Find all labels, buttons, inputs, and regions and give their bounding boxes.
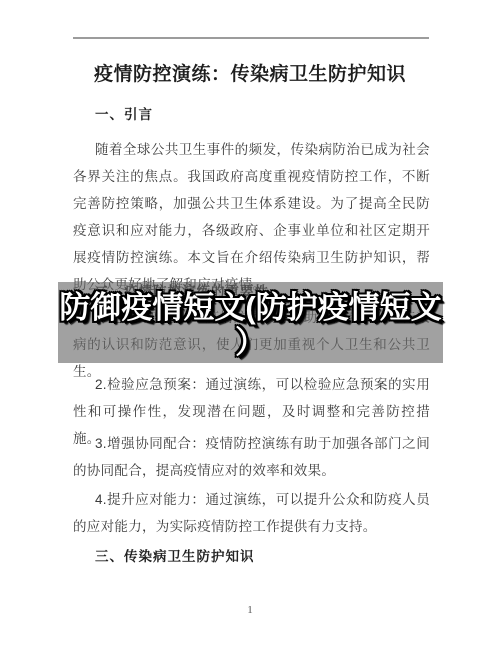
page-number: 1	[0, 604, 500, 616]
paragraph-importance-4: 4.提升应对能力：通过演练，可以提升公众和防疫人员的应对能力，为实际疫情防控工作…	[73, 486, 430, 540]
paragraph-importance-3: 3.增强协同配合：疫情防控演练有助于加强各部门之间的协同配合，提高疫情应对的效率…	[73, 430, 430, 484]
watermark-text-line2: ）	[58, 326, 443, 360]
watermark-text-line1: 防御疫情短文(防护疫情短文	[58, 291, 443, 325]
header-divider-line	[73, 37, 429, 39]
section-heading-knowledge: 三、传染病卫生防护知识	[95, 549, 255, 565]
document-page: 疫情防控演练：传染病卫生防护知识 一、引言 随着全球公共卫生事件的频发，传染病防…	[0, 0, 500, 647]
paragraph-introduction: 随着全球公共卫生事件的频发，传染病防治已成为社会各界关注的焦点。我国政府高度重视…	[73, 136, 430, 298]
document-title: 疫情防控演练：传染病卫生防护知识	[60, 62, 440, 88]
watermark-ad-overlay[interactable]: 防御疫情短文(防护疫情短文 ）	[58, 282, 443, 363]
section-heading-introduction: 一、引言	[95, 107, 153, 123]
